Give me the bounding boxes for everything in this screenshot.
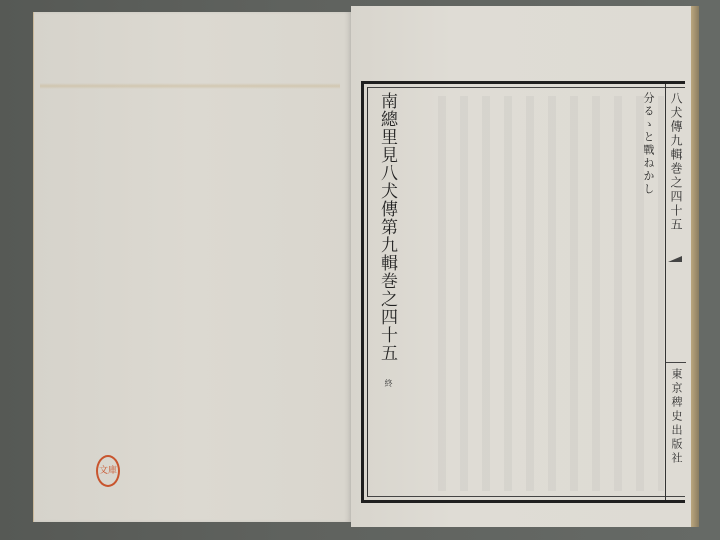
- print-frame: 南總里見八犬傳第九輯巻之四十五 終 分るゝと戰ねかし 八犬傳九輯巻之四十五 東京…: [361, 81, 685, 503]
- collector-seal-icon: 文庫: [96, 455, 120, 487]
- publisher-imprint: 東京稗史出版社: [669, 368, 683, 466]
- page-edge: [691, 6, 699, 527]
- margin-divider: [666, 362, 686, 363]
- closing-text: 分るゝと戰ねかし: [642, 92, 655, 196]
- hashira-margin: 八犬傳九輯巻之四十五 東京稗史出版社: [665, 84, 686, 500]
- margin-title: 八犬傳九輯巻之四十五: [669, 92, 683, 232]
- seal-text: 文庫: [99, 467, 117, 476]
- paper-crease: [40, 83, 340, 89]
- end-mark: 終: [383, 379, 394, 387]
- volume-title: 南總里見八犬傳第九輯巻之四十五: [376, 92, 398, 362]
- right-page: 南總里見八犬傳第九輯巻之四十五 終 分るゝと戰ねかし 八犬傳九輯巻之四十五 東京…: [351, 6, 693, 527]
- fish-tail-mark-icon: [668, 256, 682, 262]
- left-page: 文庫: [33, 12, 352, 522]
- show-through-text: [424, 96, 664, 491]
